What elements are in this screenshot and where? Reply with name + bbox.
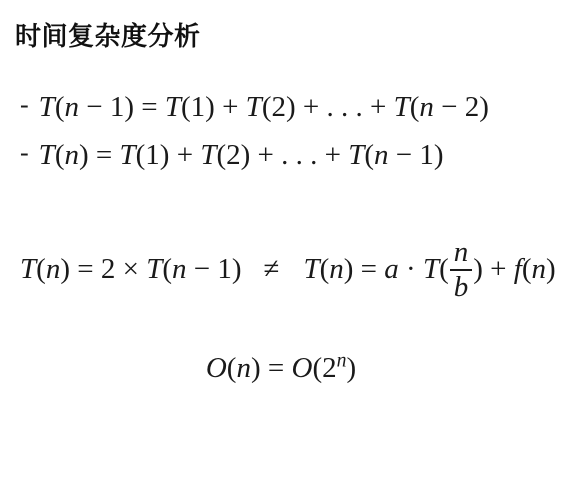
bullet-marker: - xyxy=(20,90,29,120)
page-title: 时间复杂度分析 xyxy=(15,16,201,53)
comparison-row: T(n) = 2 × T(n − 1) ≠ T(n) = a · T( n b … xyxy=(20,237,556,303)
formula-master-theorem: T(n) = a · T( n b ) + f(n) xyxy=(303,237,555,303)
document-page: 时间复杂度分析 - T(n − 1) = T(1) + T(2) + . . .… xyxy=(0,0,588,482)
bullet-item-recurrence-n: - T(n) = T(1) + T(2) + . . . + T(n − 1) xyxy=(20,139,444,172)
master-theorem-suffix: ) + f(n) xyxy=(473,253,555,286)
formula-recurrence-n-minus-1: T(n − 1) = T(1) + T(2) + . . . + T(n − 2… xyxy=(39,91,489,124)
fraction-denominator: b xyxy=(454,271,469,302)
formula-big-o-conclusion: O(n) = O(2n) xyxy=(0,352,562,385)
bullet-item-recurrence-n-minus-1: - T(n − 1) = T(1) + T(2) + . . . + T(n −… xyxy=(20,91,489,124)
conclusion-prefix: O(n) = O(2 xyxy=(206,352,337,384)
master-theorem-prefix: T(n) = a · T( xyxy=(303,253,448,286)
not-equal-sign: ≠ xyxy=(264,253,280,286)
formula-recurrence-n: T(n) = T(1) + T(2) + . . . + T(n − 1) xyxy=(39,139,444,172)
conclusion-suffix: ) xyxy=(346,352,356,384)
bullet-marker: - xyxy=(20,138,29,168)
fraction-n-over-b: n b xyxy=(450,237,473,303)
formula-simple-recurrence: T(n) = 2 × T(n − 1) xyxy=(20,253,242,286)
conclusion-exponent: n xyxy=(337,349,347,371)
fraction-numerator: n xyxy=(450,237,473,271)
